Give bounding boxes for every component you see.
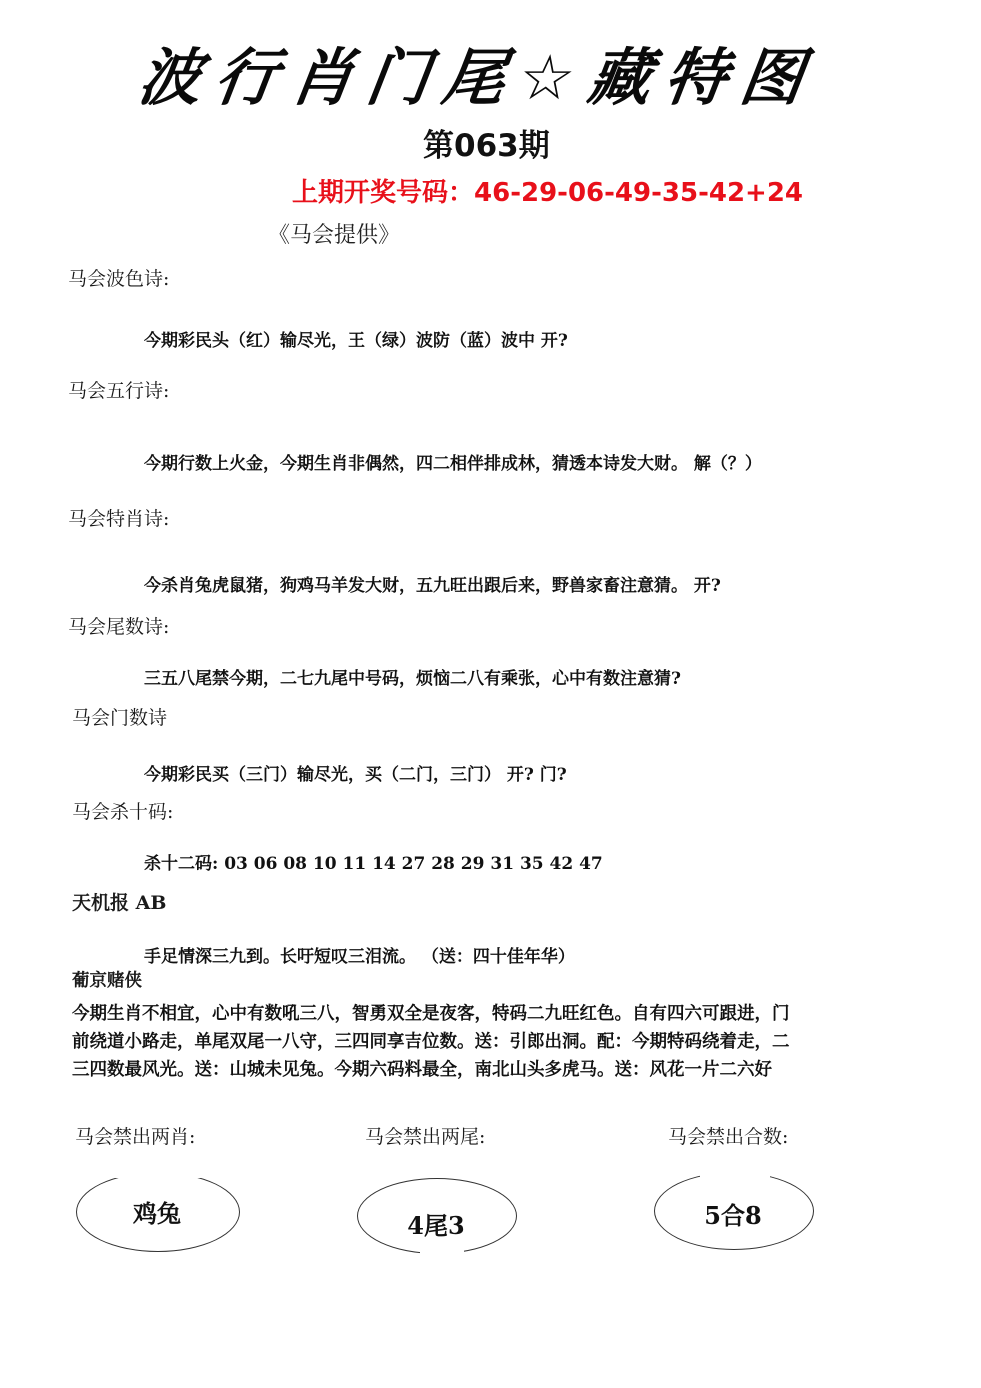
gambler-line: 今期生肖不相宜，心中有数吼三八，智勇双全是夜客，特码二九旺红色。自有四六可跟进，… (72, 1000, 902, 1028)
section-poem-five-elements: 今期行数上火金，今期生肖非偶然，四二相伴排成林，猜透本诗发大财。 解（？） (144, 449, 762, 474)
ban-value-zodiac: 鸡兔 (76, 1194, 238, 1229)
last-draw-numbers: 46-29-06-49-35-42+24 (474, 178, 803, 208)
section-heading-gate-number: 马会门数诗 (72, 703, 167, 730)
gambler-heading: 葡京赌侠 (72, 967, 142, 992)
section-poem-special-zodiac: 今杀肖兔虎鼠猪，狗鸡马羊发大财，五九旺出跟后来，野兽家畜注意猜。 开? (144, 571, 721, 596)
ban-label-sum: 马会禁出合数: (668, 1122, 788, 1149)
last-draw: 上期开奖号码：46-29-06-49-35-42+24 (292, 172, 803, 209)
ban-value-tail: 4尾3 (357, 1206, 515, 1241)
section-heading-kill-numbers: 马会杀十码: (72, 797, 173, 824)
section-poem-wave-color: 今期彩民头（红）输尽光，王（绿）波防（蓝）波中 开? (144, 326, 568, 351)
ban-value-sum: 5合8 (654, 1196, 812, 1231)
ban-label-zodiac: 马会禁出两肖: (75, 1122, 195, 1149)
section-poem-tianjibao: 手足情深三九到。长吁短叹三泪流。 （送：四十佳年华） (144, 942, 575, 967)
section-heading-special-zodiac: 马会特肖诗: (68, 504, 169, 531)
section-heading-five-elements: 马会五行诗: (68, 376, 169, 403)
gambler-paragraph: 今期生肖不相宜，心中有数吼三八，智勇双全是夜客，特码二九旺红色。自有四六可跟进，… (72, 1000, 902, 1084)
provider: 《马会提供》 (268, 218, 400, 249)
section-kill-numbers: 杀十二码: 03 06 08 10 11 14 27 28 29 31 35 4… (144, 849, 603, 874)
issue-number: 第063期 (423, 120, 550, 165)
page-title: 波行肖门尾☆藏特图 (134, 28, 824, 117)
section-heading-wave-color: 马会波色诗: (68, 264, 169, 291)
section-heading-tianjibao: 天机报 AB (72, 888, 166, 915)
gambler-line: 三四数最风光。送：山城未见兔。今期六码料最全，南北山头多虎马。送：风花一片二六好 (72, 1056, 902, 1084)
section-poem-tail-number: 三五八尾禁今期，二七九尾中号码，烦恼二八有乘张，心中有数注意猜? (144, 664, 681, 689)
last-draw-label: 上期开奖号码： (292, 178, 474, 208)
section-poem-gate-number: 今期彩民买（三门）输尽光，买（二门，三门） 开? 门? (144, 760, 567, 785)
ban-label-tail: 马会禁出两尾: (365, 1122, 485, 1149)
section-heading-tail-number: 马会尾数诗: (68, 612, 169, 639)
gambler-line: 前绕道小路走，单尾双尾一八守，三四同享吉位数。送：引郎出洞。配：今期特码绕着走，… (72, 1028, 902, 1056)
